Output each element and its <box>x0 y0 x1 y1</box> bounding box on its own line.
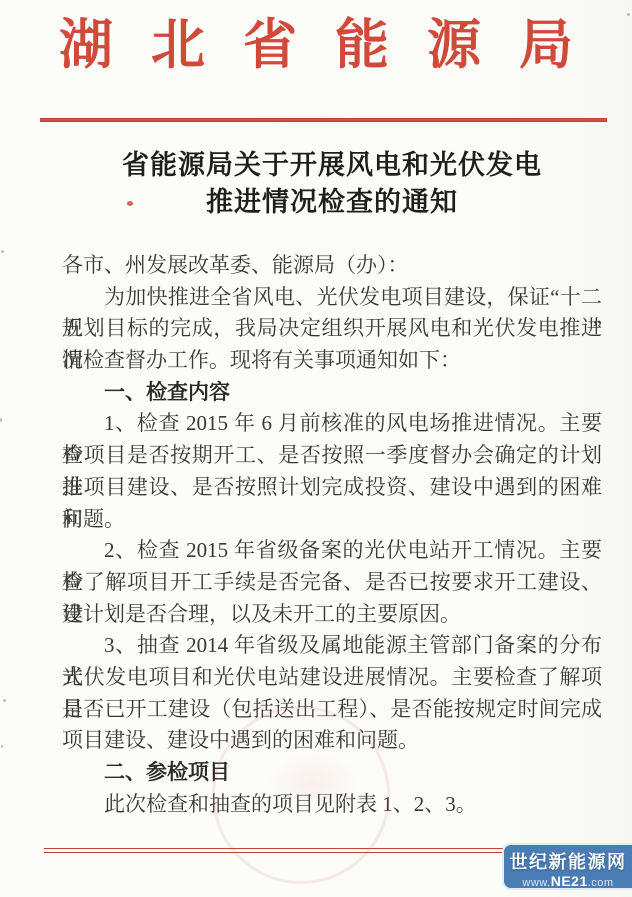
watermark-site-url: www.NE21.com <box>504 874 632 890</box>
watermark-url-prefix: www. <box>522 877 550 889</box>
body-line: 问题。 <box>62 504 602 536</box>
body-line: 查项目是否按期开工、是否按照一季度督办会确定的计划推 <box>62 440 602 472</box>
letterhead-agency-text: 湖北省能源局 <box>59 15 611 75</box>
body-line: 光伏发电项目和光伏电站建设进展情况。主要检查了解项目 <box>62 662 602 694</box>
scan-speck <box>1 745 3 748</box>
body-line: 为加快推进全省风电、光伏发电项目建设，保证“十二五” <box>62 282 602 314</box>
document-title: 省能源局关于开展风电和光伏发电 推进情况检查的通知 <box>62 147 602 221</box>
footer-double-rule <box>44 848 516 853</box>
body-line: 进项目建设、是否按照计划完成投资、建设中遇到的困难和 <box>62 472 602 504</box>
letterhead-red-rule <box>40 118 607 122</box>
scan-speck <box>3 699 6 702</box>
body-line: 2、检查 2015 年省级备案的光伏电站开工情况。主要检 <box>62 535 602 567</box>
body-line: 况检查督办工作。现将有关事项通知如下： <box>62 345 602 377</box>
body-line: 3、抽查 2014 年省级及属地能源主管部门备案的分布式 <box>62 630 602 662</box>
watermark-badge: 世纪新能源网 www.NE21.com <box>502 843 632 890</box>
section-heading-1: 一、检查内容 <box>62 377 602 409</box>
scan-speck <box>627 13 630 16</box>
official-seal-ghost-blur <box>268 752 358 812</box>
document-title-line-1: 省能源局关于开展风电和光伏发电 <box>62 147 602 184</box>
body-line: 规划目标的完成，我局决定组织开展风电和光伏发电推进情 <box>62 313 602 345</box>
document-title-line-2: 推进情况检查的通知 <box>62 184 602 221</box>
body-line: 查了解项目开工手续是否完备、是否已按要求开工建设、建 <box>62 567 602 599</box>
salutation: 各市、州发展改革委、能源局（办）： <box>62 250 602 282</box>
watermark-url-brand: NE21 <box>551 873 588 889</box>
watermark-site-name: 世纪新能源网 <box>504 848 632 874</box>
watermark-url-suffix: .com <box>588 877 614 889</box>
letterhead-agency-name: 湖北省能源局 <box>0 6 632 84</box>
document-page: 湖北省能源局 省能源局关于开展风电和光伏发电 推进情况检查的通知 各市、州发展改… <box>0 0 632 897</box>
body-line: 设计划是否合理，以及未开工的主要原因。 <box>62 599 602 631</box>
scan-speck <box>0 418 2 422</box>
scan-speck <box>1 250 4 253</box>
red-dot-mark <box>127 201 133 206</box>
body-line: 1、检查 2015 年 6 月前核准的风电场推进情况。主要检 <box>62 408 602 440</box>
